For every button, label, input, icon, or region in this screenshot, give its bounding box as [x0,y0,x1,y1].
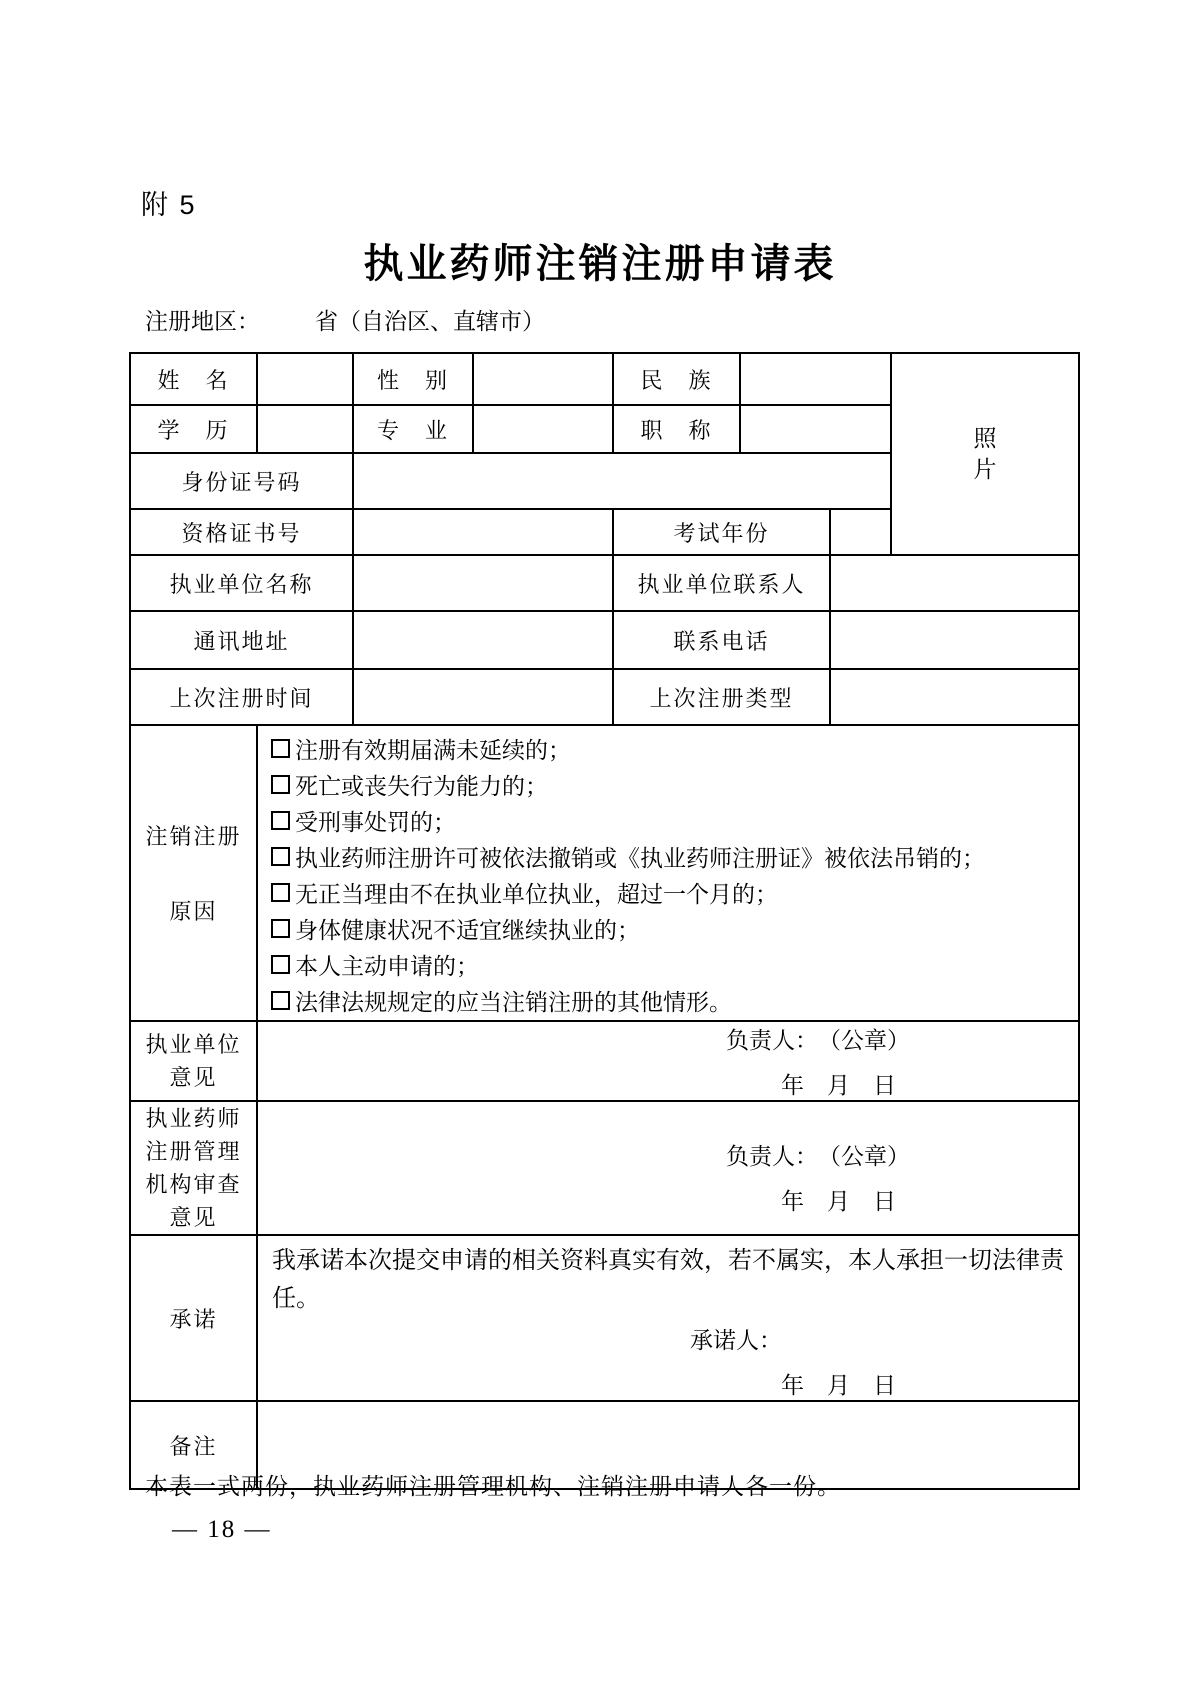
major-input-cell[interactable] [473,405,613,453]
dereg-reason-label-line1: 注销注册 [131,820,256,851]
reason-option-label: 身体健康状况不适宜继续执业的； [295,912,640,945]
authority-opinion-label-cell: 执业药师 注册管理 机构审查 意见 [130,1101,257,1235]
authority-label-line4: 意见 [131,1201,256,1234]
reason-option: 注册有效期届满未延续的； [271,730,1072,766]
checkbox-icon[interactable] [271,847,290,866]
checkbox-icon[interactable] [271,811,290,830]
reason-option-label: 注册有效期届满未延续的； [295,732,571,765]
reason-option: 本人主动申请的； [271,946,1072,982]
dereg-reason-label-line2: 原因 [131,895,256,926]
reason-option-label: 受刑事处罚的； [295,804,456,837]
major-label: 专 业 [353,405,473,453]
last-registration-time-label: 上次注册时间 [130,669,353,725]
date-line: 年 月 日 [258,1367,1078,1400]
gender-label: 性 别 [353,353,473,405]
last-registration-type-input-cell[interactable] [830,669,1079,725]
ethnicity-input-cell[interactable] [740,353,891,405]
page-number: — 18 — [172,1516,272,1544]
table-row: 上次注册时间 上次注册类型 [130,669,1079,725]
promise-content-cell: 我承诺本次提交申请的相关资料真实有效，若不属实，本人承担一切法律责任。 承诺人：… [257,1235,1079,1401]
application-form-table: 姓 名 性 别 民 族 照片 学 历 专 业 职 称 身份证号码 资格证书号 考… [129,352,1080,1490]
table-row: 注销注册 原因 注册有效期届满未延续的； 死亡或丧失行为能力的； 受刑事处罚的 [130,725,1079,1021]
ethnicity-label: 民 族 [613,353,740,405]
table-row: 执业单位名称 执业单位联系人 [130,555,1079,611]
reason-option: 无正当理由不在执业单位执业，超过一个月的； [271,874,1072,910]
promiser-line: 承诺人： [258,1322,1078,1355]
authority-label-line3: 机构审查 [131,1168,256,1201]
employer-contact-input-cell[interactable] [830,555,1079,611]
checkbox-icon[interactable] [271,919,290,938]
responsible-person-seal-line: 负责人： （公章） [258,1022,1078,1055]
region-suffix: 省（自治区、直辖市） [315,309,545,334]
education-input-cell[interactable] [257,405,353,453]
checkbox-icon[interactable] [271,955,290,974]
date-line: 年 月 日 [258,1067,1078,1100]
reason-option-label: 死亡或丧失行为能力的； [295,768,548,801]
last-registration-time-input-cell[interactable] [353,669,613,725]
contact-phone-input-cell[interactable] [830,611,1079,669]
contact-phone-label: 联系电话 [613,611,830,669]
qualification-cert-no-label: 资格证书号 [130,509,353,555]
table-row: 承诺 我承诺本次提交申请的相关资料真实有效，若不属实，本人承担一切法律责任。 承… [130,1235,1079,1401]
table-row: 通讯地址 联系电话 [130,611,1079,669]
employer-opinion-label-line2: 意见 [131,1061,256,1094]
checkbox-icon[interactable] [271,775,290,794]
checkbox-icon[interactable] [271,739,290,758]
photo-cell: 照片 [891,353,1079,555]
authority-label-line1: 执业药师 [131,1102,256,1135]
employer-contact-label: 执业单位联系人 [613,555,830,611]
dereg-reason-label-cell: 注销注册 原因 [130,725,257,1021]
registration-region-line: 注册地区：省（自治区、直辖市） [145,303,545,336]
dereg-reason-options: 注册有效期届满未延续的； 死亡或丧失行为能力的； 受刑事处罚的； 执业药师注册许… [258,726,1078,1020]
date-line: 年 月 日 [258,1183,1078,1216]
table-row: 执业药师 注册管理 机构审查 意见 负责人： （公章） 年 月 日 [130,1101,1079,1235]
education-label: 学 历 [130,405,257,453]
id-number-input-cell[interactable] [353,453,891,509]
reason-option: 身体健康状况不适宜继续执业的； [271,910,1072,946]
promise-statement: 我承诺本次提交申请的相关资料真实有效，若不属实，本人承担一切法律责任。 [258,1236,1078,1318]
reason-option-label: 执业药师注册许可被依法撤销或《执业药师注册证》被依法吊销的； [295,840,985,873]
name-label: 姓 名 [130,353,257,405]
reason-option: 受刑事处罚的； [271,802,1072,838]
region-label: 注册地区： [145,309,260,334]
footer-note: 本表一式两份，执业药师注册管理机构、注销注册申请人各一份。 [145,1468,841,1501]
reason-option: 法律法规规定的应当注销注册的其他情形。 [271,982,1072,1018]
employer-name-label: 执业单位名称 [130,555,353,611]
mailing-address-input-cell[interactable] [353,611,613,669]
authority-opinion-content-cell: 负责人： （公章） 年 月 日 [257,1101,1079,1235]
exam-year-label: 考试年份 [613,509,830,555]
checkbox-icon[interactable] [271,883,290,902]
document-page: 附 5 执业药师注销注册申请表 注册地区：省（自治区、直辖市） 姓 名 性 别 … [0,0,1200,1697]
form-title: 执业药师注销注册申请表 [0,232,1200,289]
responsible-person-seal-line: 负责人： （公章） [258,1138,1078,1171]
mailing-address-label: 通讯地址 [130,611,353,669]
authority-label-line2: 注册管理 [131,1135,256,1168]
photo-label: 照片 [971,423,999,485]
exam-year-input-cell[interactable] [830,509,891,555]
table-row: 姓 名 性 别 民 族 照片 [130,353,1079,405]
reason-option: 执业药师注册许可被依法撤销或《执业药师注册证》被依法吊销的； [271,838,1072,874]
employer-opinion-label-cell: 执业单位 意见 [130,1021,257,1101]
gender-input-cell[interactable] [473,353,613,405]
checkbox-icon[interactable] [271,991,290,1010]
id-number-label: 身份证号码 [130,453,353,509]
dereg-reason-options-cell: 注册有效期届满未延续的； 死亡或丧失行为能力的； 受刑事处罚的； 执业药师注册许… [257,725,1079,1021]
professional-title-label: 职 称 [613,405,740,453]
attachment-label: 附 5 [141,183,197,222]
reason-option-label: 本人主动申请的； [295,948,479,981]
reason-option-label: 法律法规规定的应当注销注册的其他情形。 [295,984,732,1017]
employer-opinion-content-cell: 负责人： （公章） 年 月 日 [257,1021,1079,1101]
employer-opinion-label-line1: 执业单位 [131,1028,256,1061]
reason-option-label: 无正当理由不在执业单位执业，超过一个月的； [295,876,778,909]
promise-label-cell: 承诺 [130,1235,257,1401]
last-registration-type-label: 上次注册类型 [613,669,830,725]
reason-option: 死亡或丧失行为能力的； [271,766,1072,802]
qualification-cert-no-input-cell[interactable] [353,509,613,555]
professional-title-input-cell[interactable] [740,405,891,453]
name-input-cell[interactable] [257,353,353,405]
table-row: 执业单位 意见 负责人： （公章） 年 月 日 [130,1021,1079,1101]
employer-name-input-cell[interactable] [353,555,613,611]
